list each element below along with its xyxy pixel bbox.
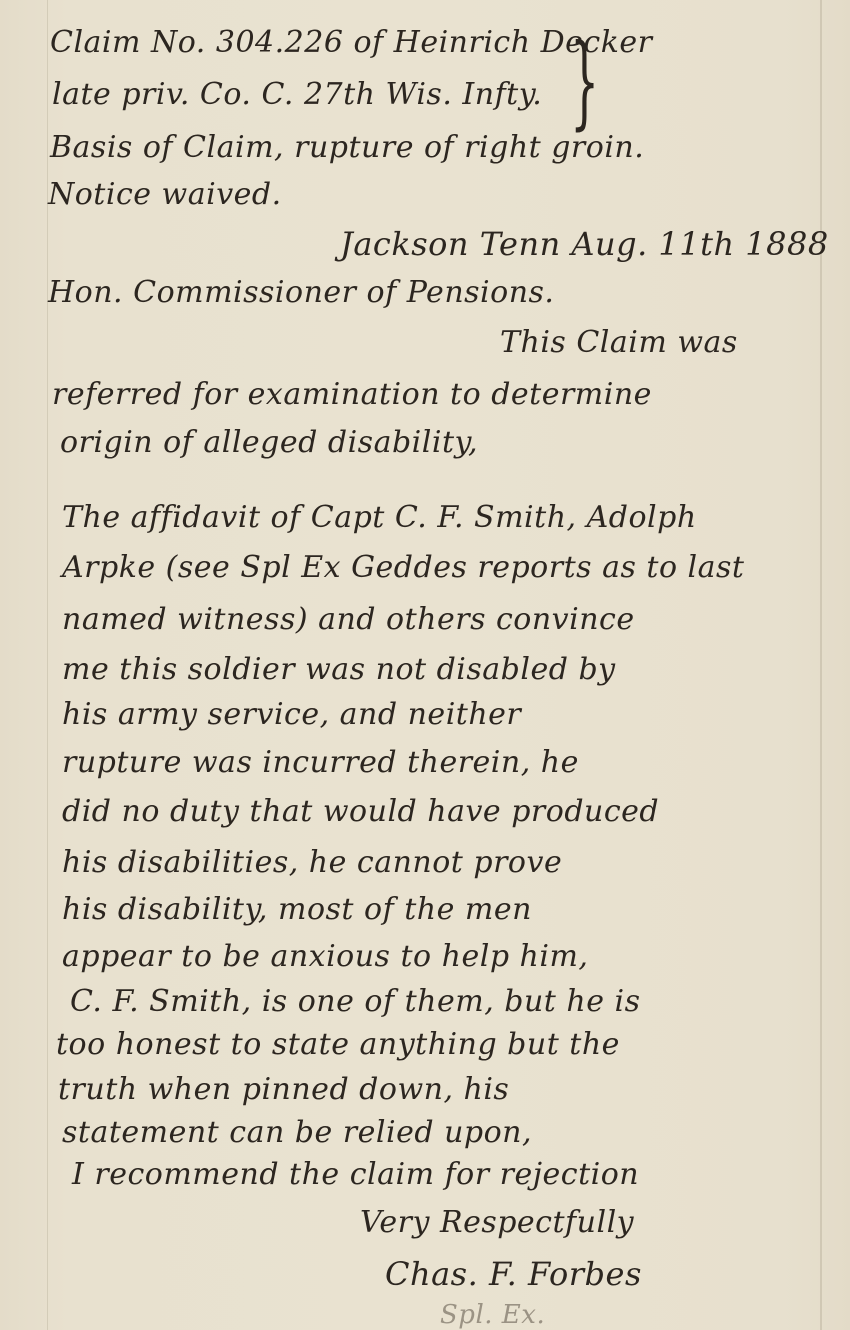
body-line-3: named witness) and others convince [62, 605, 635, 635]
header-soldier-unit: late priv. Co. C. 27th Wis. Infty. [52, 80, 542, 110]
fold-line [820, 0, 822, 1330]
document-page: Claim No. 304.226 of Heinrich Decker lat… [0, 0, 850, 1330]
signature-title: Spl. Ex. [440, 1302, 545, 1328]
header-brace: } [570, 30, 599, 131]
place-date: Jackson Tenn Aug. 11th 1888 [340, 228, 829, 260]
body-line-13: truth when pinned down, his [58, 1075, 509, 1105]
header-basis-of-claim: Basis of Claim, rupture of right groin. [50, 133, 644, 163]
intro-line-1: This Claim was [500, 328, 738, 358]
body-line-8: his disabilities, he cannot prove [62, 848, 562, 878]
body-line-7: did no duty that would have produced [62, 797, 659, 827]
closing: Very Respectfully [360, 1208, 634, 1238]
body-line-4: me this soldier was not disabled by [62, 655, 616, 685]
body-line-2: Arpke (see Spl Ex Geddes reports as to l… [62, 553, 744, 583]
intro-line-2: referred for examination to determine [52, 380, 652, 410]
body-line-11: C. F. Smith, is one of them, but he is [70, 987, 640, 1017]
body-line-1: The affidavit of Capt C. F. Smith, Adolp… [62, 503, 697, 533]
header-claim-number: Claim No. 304.226 of Heinrich Decker [50, 28, 652, 58]
salutation: Hon. Commissioner of Pensions. [48, 278, 554, 308]
header-notice: Notice waived. [48, 180, 282, 210]
body-line-14: statement can be relied upon, [62, 1118, 532, 1148]
signature: Chas. F. Forbes [385, 1258, 642, 1290]
body-line-9: his disability, most of the men [62, 895, 532, 925]
intro-line-3: origin of alleged disability, [60, 428, 478, 458]
body-line-15: I recommend the claim for rejection [72, 1160, 639, 1190]
body-line-6: rupture was incurred therein, he [62, 748, 579, 778]
body-line-10: appear to be anxious to help him, [62, 942, 588, 972]
body-line-12: too honest to state anything but the [56, 1030, 620, 1060]
body-line-5: his army service, and neither [62, 700, 521, 730]
